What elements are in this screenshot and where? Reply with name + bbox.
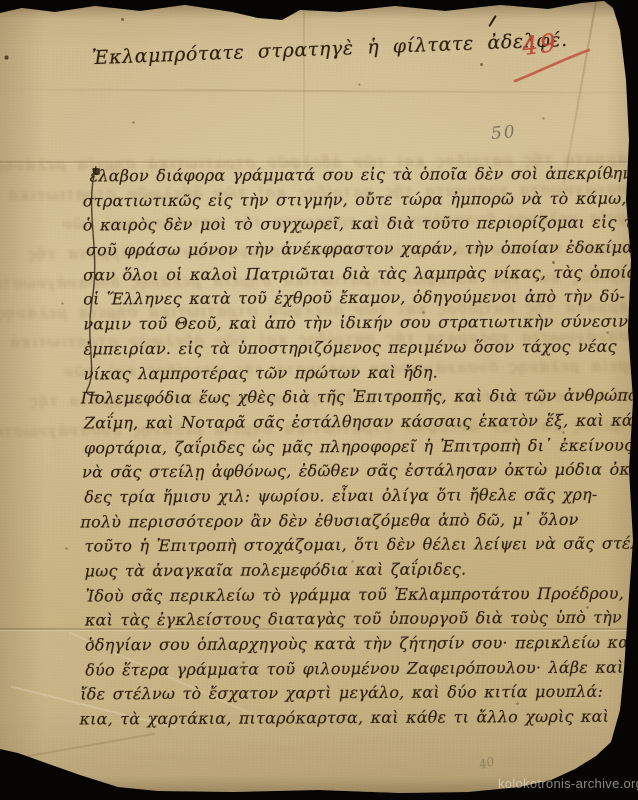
letter-heading: Ἐκλαμπρότατε στρατηγὲ ἡ φίλτατε ἀδελφέ. xyxy=(92,29,568,69)
handwritten-line: σοῦ φράσω μόνον τὴν ἀνέκφραστον χαράν, τ… xyxy=(86,236,635,264)
handwritten-line: φορτάρια, ζαΐριδες ὡς μᾶς πληροφορεῖ ἡ Ἐ… xyxy=(84,433,636,461)
handwritten-line: ἴδε στέλνω τὸ ἔσχατον χαρτὶ μεγάλο, καὶ … xyxy=(80,680,637,708)
handwritten-line: δύο ἕτερα γράμματα τοῦ φιλουμένου Ζαφειρ… xyxy=(85,655,637,683)
crease-line xyxy=(0,88,638,93)
handwritten-line: μως τὰ ἀναγκαῖα πολεμεφόδια καὶ ζαΐριδες… xyxy=(85,557,637,585)
handwritten-line: ναμιν τοῦ Θεοῦ, καὶ ἀπὸ τὴν ἰδικήν σου σ… xyxy=(83,310,635,338)
handwritten-line: νίκας λαμπροτέρας τῶν πρώτων καὶ ἤδη. xyxy=(84,359,636,387)
handwritten-line: Ἰδοὺ σᾶς περικλείω τὸ γράμμα τοῦ Ἐκλαμπρ… xyxy=(86,581,637,609)
watermark: kolokotronis-archive.org xyxy=(498,776,638,791)
ink-specks xyxy=(0,0,1,1)
handwritten-line: πολὺ περισσότερον ἂν δὲν ἐθυσιαζόμεθα ἀπ… xyxy=(80,507,636,535)
handwritten-line: καὶ τὰς ἐγκλείστους διαταγὰς τοῦ ὑπουργο… xyxy=(85,606,637,634)
handwritten-line: ἔλαβον διάφορα γράμματά σου εἰς τὰ ὁποῖα… xyxy=(90,162,635,190)
handwritten-line: σαν ὅλοι οἱ καλοὶ Πατριῶται διὰ τὰς λαμπ… xyxy=(83,260,635,288)
letter-body: ἔλαβον διάφορα γράμματά σου εἰς τὰ ὁποῖα… xyxy=(83,162,638,733)
page-number-pencil: 50 xyxy=(490,122,517,144)
manuscript-page: γράμματα τῆς πατρίδος καὶ τῶν ἀδελφῶν στ… xyxy=(0,0,638,800)
handwritten-line: ἐμπειρίαν. εἰς τὰ ὑποστηριζόμενος περιμέ… xyxy=(83,334,635,362)
handwritten-line: ὁ καιρὸς δὲν μοὶ τὸ συγχωρεῖ, καὶ διὰ το… xyxy=(83,211,635,239)
archive-number-red: 49 xyxy=(520,28,559,61)
handwritten-line: τοῦτο ἡ Ἐπιτροπὴ στοχάζομαι, ὅτι δὲν θέλ… xyxy=(84,532,636,560)
handwritten-line: Ζαΐμη, καὶ Νοταρᾶ σᾶς ἐστάλθησαν κάσσαις… xyxy=(84,408,636,436)
torn-edge-shadow-top xyxy=(0,0,638,26)
handwritten-line: νὰ σᾶς στείλῃ ἀφθόνως, ἐδῶθεν σᾶς ἐστάλη… xyxy=(82,458,636,486)
handwritten-line: οἱ Ἕλληνες κατὰ τοῦ ἐχθροῦ ἔκαμον, ὁδηγο… xyxy=(83,285,635,313)
handwritten-line: δες τρία ἥμισυ χιλ: ψωρίου. εἶναι ὀλίγα … xyxy=(84,482,636,510)
handwritten-line: στρατιωτικῶς εἰς τὴν στιγμήν, οὔτε τώρα … xyxy=(83,186,635,214)
handwritten-line: κια, τὰ χαρτάκια, πιταρόκαρτσα, καὶ κάθε… xyxy=(79,705,637,733)
crease-line xyxy=(303,4,305,162)
handwritten-line: ὁδηγίαν σου ὁπλαρχηγοὺς κατὰ τὴν ζήτησίν… xyxy=(85,631,637,659)
handwritten-line: Πολεμεφόδια ἕως χθὲς διὰ τῆς Ἐπιτροπῆς, … xyxy=(81,384,636,412)
scan-background: { "page": { "watermark": "kolokotronis-a… xyxy=(0,0,638,800)
